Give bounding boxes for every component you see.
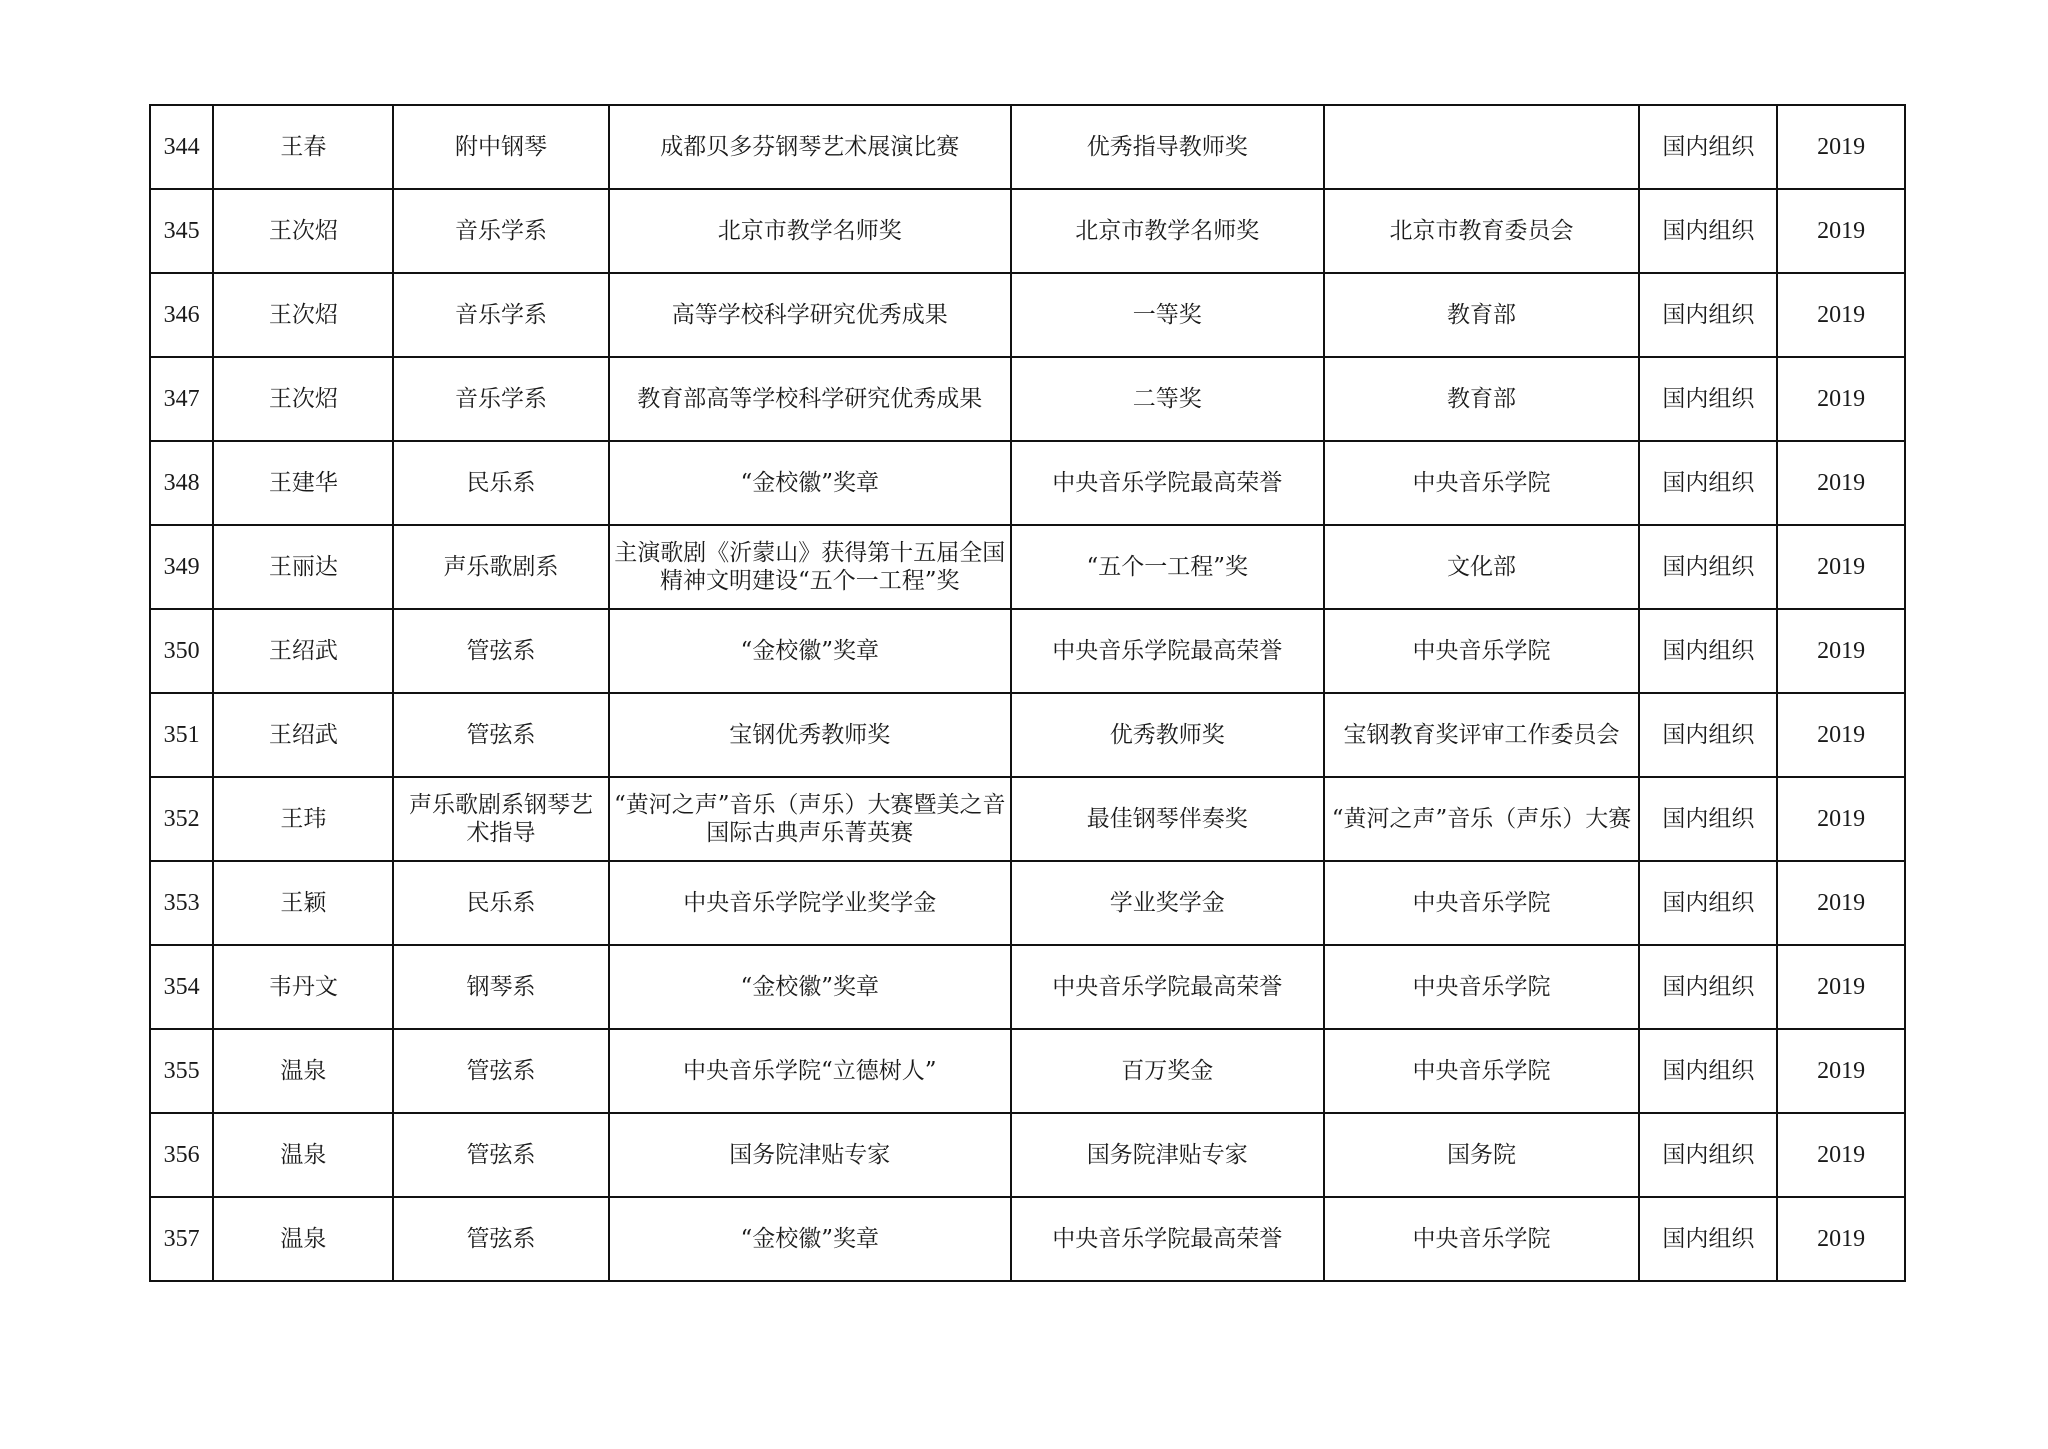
cell-department: 音乐学系 (393, 189, 608, 273)
table-row: 353 王颖 民乐系 中央音乐学院学业奖学金 学业奖学金 中央音乐学院 国内组织… (150, 861, 1905, 945)
cell-award-level: 中央音乐学院最高荣誉 (1011, 441, 1324, 525)
cell-number: 350 (150, 609, 213, 693)
cell-name: 王次炤 (213, 357, 393, 441)
cell-name: 王绍武 (213, 609, 393, 693)
cell-name: 韦丹文 (213, 945, 393, 1029)
cell-type: 国内组织 (1639, 1197, 1777, 1281)
cell-award: 教育部高等学校科学研究优秀成果 (609, 357, 1011, 441)
awards-table-body: 344 王春 附中钢琴 成都贝多芬钢琴艺术展演比赛 优秀指导教师奖 国内组织 2… (150, 105, 1905, 1281)
cell-year: 2019 (1777, 861, 1905, 945)
cell-year: 2019 (1777, 1113, 1905, 1197)
cell-name: 王建华 (213, 441, 393, 525)
cell-award: “金校徽”奖章 (609, 1197, 1011, 1281)
cell-type: 国内组织 (1639, 1113, 1777, 1197)
cell-type: 国内组织 (1639, 357, 1777, 441)
cell-name: 王春 (213, 105, 393, 189)
cell-award-level: 国务院津贴专家 (1011, 1113, 1324, 1197)
cell-department: 管弦系 (393, 1113, 608, 1197)
cell-year: 2019 (1777, 525, 1905, 609)
table-row: 355 温泉 管弦系 中央音乐学院“立德树人” 百万奖金 中央音乐学院 国内组织… (150, 1029, 1905, 1113)
cell-year: 2019 (1777, 1197, 1905, 1281)
cell-year: 2019 (1777, 945, 1905, 1029)
cell-name: 温泉 (213, 1113, 393, 1197)
cell-award: 主演歌剧《沂蒙山》获得第十五届全国精神文明建设“五个一工程”奖 (609, 525, 1011, 609)
cell-name: 王次炤 (213, 273, 393, 357)
table-row: 344 王春 附中钢琴 成都贝多芬钢琴艺术展演比赛 优秀指导教师奖 国内组织 2… (150, 105, 1905, 189)
table-row: 346 王次炤 音乐学系 高等学校科学研究优秀成果 一等奖 教育部 国内组织 2… (150, 273, 1905, 357)
cell-award: 中央音乐学院“立德树人” (609, 1029, 1011, 1113)
cell-award: 国务院津贴专家 (609, 1113, 1011, 1197)
cell-type: 国内组织 (1639, 1029, 1777, 1113)
cell-award: 北京市教学名师奖 (609, 189, 1011, 273)
cell-organization: 国务院 (1324, 1113, 1640, 1197)
document-page: 344 王春 附中钢琴 成都贝多芬钢琴艺术展演比赛 优秀指导教师奖 国内组织 2… (0, 0, 2048, 1449)
cell-organization: 中央音乐学院 (1324, 945, 1640, 1029)
cell-type: 国内组织 (1639, 273, 1777, 357)
cell-type: 国内组织 (1639, 609, 1777, 693)
cell-type: 国内组织 (1639, 777, 1777, 861)
table-row: 357 温泉 管弦系 “金校徽”奖章 中央音乐学院最高荣誉 中央音乐学院 国内组… (150, 1197, 1905, 1281)
cell-award-level: “五个一工程”奖 (1011, 525, 1324, 609)
cell-name: 温泉 (213, 1029, 393, 1113)
cell-year: 2019 (1777, 357, 1905, 441)
cell-organization: 教育部 (1324, 273, 1640, 357)
cell-department: 音乐学系 (393, 357, 608, 441)
cell-type: 国内组织 (1639, 189, 1777, 273)
cell-number: 352 (150, 777, 213, 861)
cell-award-level: 中央音乐学院最高荣誉 (1011, 1197, 1324, 1281)
table-row: 351 王绍武 管弦系 宝钢优秀教师奖 优秀教师奖 宝钢教育奖评审工作委员会 国… (150, 693, 1905, 777)
cell-department: 声乐歌剧系 (393, 525, 608, 609)
cell-type: 国内组织 (1639, 525, 1777, 609)
cell-department: 管弦系 (393, 693, 608, 777)
cell-organization: 教育部 (1324, 357, 1640, 441)
cell-award-level: 优秀指导教师奖 (1011, 105, 1324, 189)
cell-type: 国内组织 (1639, 441, 1777, 525)
cell-department: 管弦系 (393, 1029, 608, 1113)
cell-year: 2019 (1777, 693, 1905, 777)
cell-organization: 文化部 (1324, 525, 1640, 609)
awards-table: 344 王春 附中钢琴 成都贝多芬钢琴艺术展演比赛 优秀指导教师奖 国内组织 2… (149, 104, 1906, 1282)
cell-department: 钢琴系 (393, 945, 608, 1029)
cell-year: 2019 (1777, 273, 1905, 357)
cell-number: 349 (150, 525, 213, 609)
cell-award-level: 中央音乐学院最高荣誉 (1011, 945, 1324, 1029)
cell-year: 2019 (1777, 441, 1905, 525)
cell-number: 353 (150, 861, 213, 945)
cell-organization: 中央音乐学院 (1324, 609, 1640, 693)
cell-award: 中央音乐学院学业奖学金 (609, 861, 1011, 945)
cell-award: 成都贝多芬钢琴艺术展演比赛 (609, 105, 1011, 189)
cell-name: 王绍武 (213, 693, 393, 777)
cell-year: 2019 (1777, 609, 1905, 693)
cell-award: “黄河之声”音乐（声乐）大赛暨美之音国际古典声乐菁英赛 (609, 777, 1011, 861)
cell-award-level: 优秀教师奖 (1011, 693, 1324, 777)
cell-number: 347 (150, 357, 213, 441)
cell-award-level: 最佳钢琴伴奏奖 (1011, 777, 1324, 861)
cell-organization: 中央音乐学院 (1324, 861, 1640, 945)
table-row: 356 温泉 管弦系 国务院津贴专家 国务院津贴专家 国务院 国内组织 2019 (150, 1113, 1905, 1197)
cell-year: 2019 (1777, 777, 1905, 861)
cell-award-level: 二等奖 (1011, 357, 1324, 441)
cell-organization (1324, 105, 1640, 189)
cell-number: 355 (150, 1029, 213, 1113)
cell-award: “金校徽”奖章 (609, 441, 1011, 525)
cell-organization: 北京市教育委员会 (1324, 189, 1640, 273)
cell-award-level: 一等奖 (1011, 273, 1324, 357)
cell-name: 王丽达 (213, 525, 393, 609)
cell-department: 附中钢琴 (393, 105, 608, 189)
cell-type: 国内组织 (1639, 693, 1777, 777)
cell-award-level: 学业奖学金 (1011, 861, 1324, 945)
cell-award-level: 中央音乐学院最高荣誉 (1011, 609, 1324, 693)
cell-number: 346 (150, 273, 213, 357)
cell-department: 声乐歌剧系钢琴艺术指导 (393, 777, 608, 861)
cell-award-level: 北京市教学名师奖 (1011, 189, 1324, 273)
cell-organization: 中央音乐学院 (1324, 1197, 1640, 1281)
cell-name: 王次炤 (213, 189, 393, 273)
cell-number: 351 (150, 693, 213, 777)
cell-type: 国内组织 (1639, 945, 1777, 1029)
cell-award: 高等学校科学研究优秀成果 (609, 273, 1011, 357)
cell-organization: 中央音乐学院 (1324, 441, 1640, 525)
cell-name: 王玮 (213, 777, 393, 861)
cell-award: 宝钢优秀教师奖 (609, 693, 1011, 777)
cell-year: 2019 (1777, 189, 1905, 273)
cell-number: 344 (150, 105, 213, 189)
cell-department: 管弦系 (393, 609, 608, 693)
cell-organization: 宝钢教育奖评审工作委员会 (1324, 693, 1640, 777)
cell-award: “金校徽”奖章 (609, 609, 1011, 693)
table-row: 350 王绍武 管弦系 “金校徽”奖章 中央音乐学院最高荣誉 中央音乐学院 国内… (150, 609, 1905, 693)
cell-award-level: 百万奖金 (1011, 1029, 1324, 1113)
cell-year: 2019 (1777, 105, 1905, 189)
table-row: 352 王玮 声乐歌剧系钢琴艺术指导 “黄河之声”音乐（声乐）大赛暨美之音国际古… (150, 777, 1905, 861)
cell-name: 王颖 (213, 861, 393, 945)
cell-department: 民乐系 (393, 861, 608, 945)
cell-department: 民乐系 (393, 441, 608, 525)
table-row: 345 王次炤 音乐学系 北京市教学名师奖 北京市教学名师奖 北京市教育委员会 … (150, 189, 1905, 273)
cell-organization: 中央音乐学院 (1324, 1029, 1640, 1113)
table-row: 349 王丽达 声乐歌剧系 主演歌剧《沂蒙山》获得第十五届全国精神文明建设“五个… (150, 525, 1905, 609)
cell-year: 2019 (1777, 1029, 1905, 1113)
cell-award: “金校徽”奖章 (609, 945, 1011, 1029)
cell-number: 354 (150, 945, 213, 1029)
cell-number: 357 (150, 1197, 213, 1281)
table-row: 354 韦丹文 钢琴系 “金校徽”奖章 中央音乐学院最高荣誉 中央音乐学院 国内… (150, 945, 1905, 1029)
table-row: 348 王建华 民乐系 “金校徽”奖章 中央音乐学院最高荣誉 中央音乐学院 国内… (150, 441, 1905, 525)
cell-number: 345 (150, 189, 213, 273)
cell-name: 温泉 (213, 1197, 393, 1281)
cell-organization: “黄河之声”音乐（声乐）大赛 (1324, 777, 1640, 861)
cell-type: 国内组织 (1639, 861, 1777, 945)
cell-department: 管弦系 (393, 1197, 608, 1281)
table-row: 347 王次炤 音乐学系 教育部高等学校科学研究优秀成果 二等奖 教育部 国内组… (150, 357, 1905, 441)
cell-type: 国内组织 (1639, 105, 1777, 189)
cell-department: 音乐学系 (393, 273, 608, 357)
cell-number: 356 (150, 1113, 213, 1197)
cell-number: 348 (150, 441, 213, 525)
